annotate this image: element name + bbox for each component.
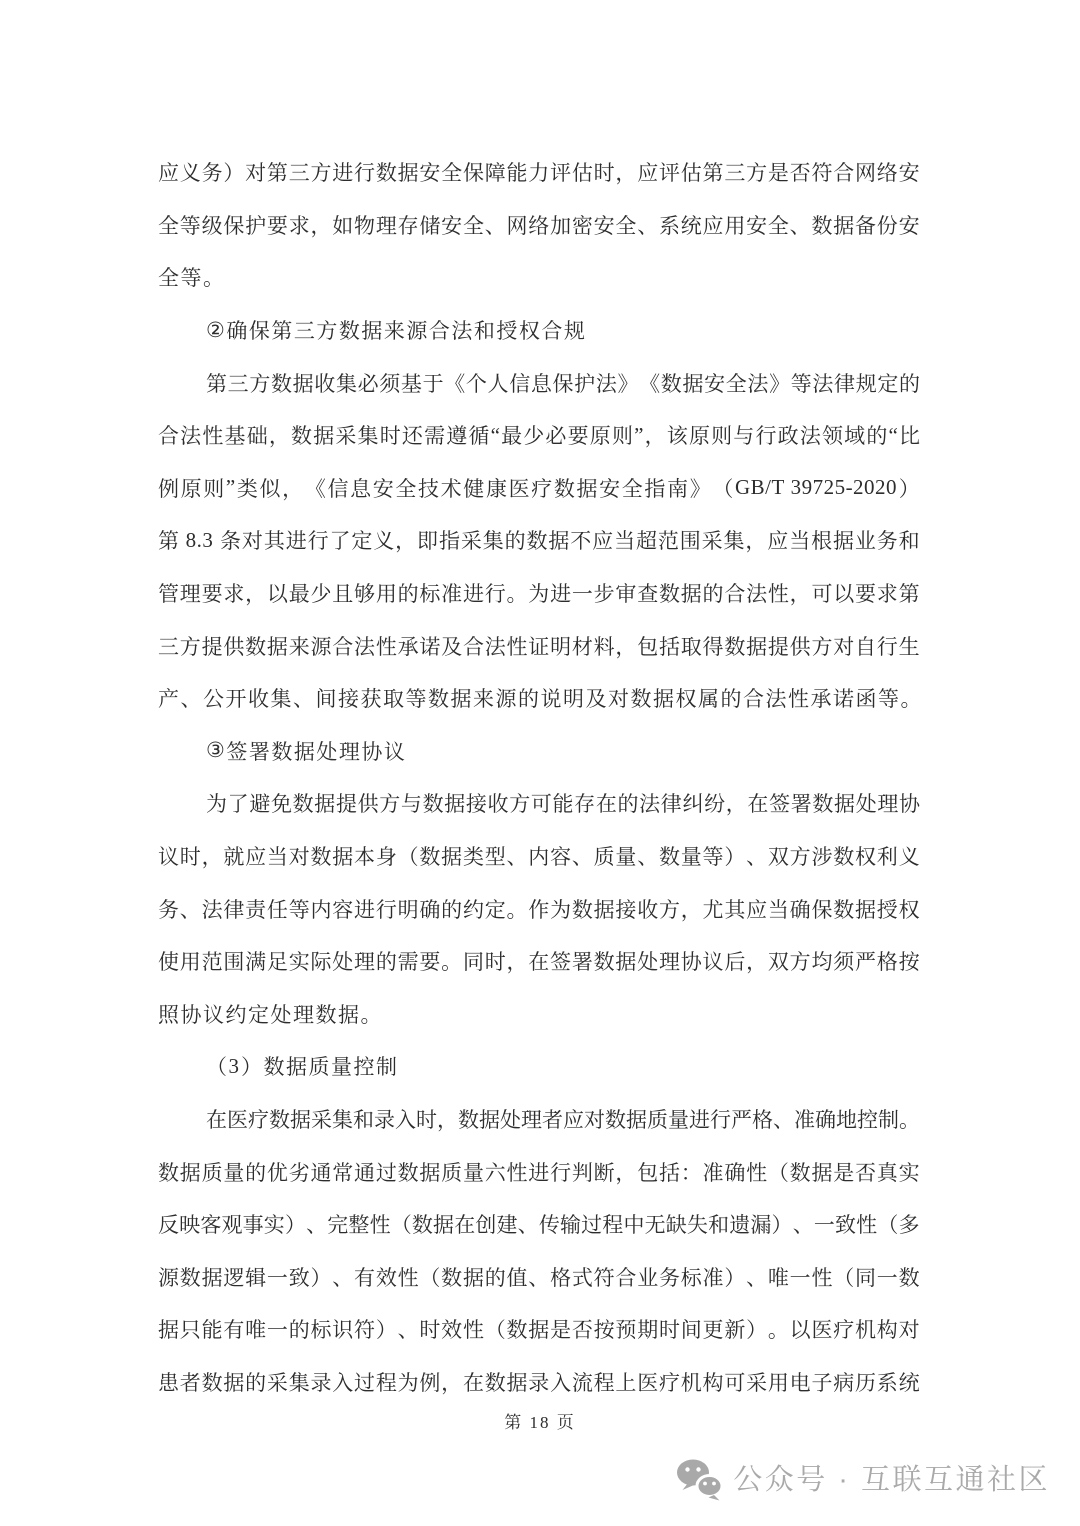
watermark: 公众号 · 互联互通社区	[676, 1458, 1050, 1502]
text-line: ②确保第三方数据来源合法和授权合规	[158, 304, 920, 357]
text-line: 患者数据的采集录入过程为例，在数据录入流程上医疗机构可采用电子病历系统	[158, 1356, 920, 1409]
text-line: 合法性基础，数据采集时还需遵循“最少必要原则”，该原则与行政法领域的“比	[158, 409, 920, 462]
text-line: 照协议约定处理数据。	[158, 988, 920, 1041]
text-line: 反映客观事实）、完整性（数据在创建、传输过程中无缺失和遗漏）、一致性（多	[158, 1198, 920, 1251]
text-line: 议时，就应当对数据本身（数据类型、内容、质量、数量等）、双方涉数权利义	[158, 830, 920, 883]
text-line: 在医疗数据采集和录入时，数据处理者应对数据质量进行严格、准确地控制。	[158, 1093, 920, 1146]
wechat-icon	[676, 1459, 722, 1501]
text-line: 产、公开收集、间接获取等数据来源的说明及对数据权属的合法性承诺函等。	[158, 672, 920, 725]
text-line: 数据质量的优劣通常通过数据质量六性进行判断，包括：准确性（数据是否真实	[158, 1145, 920, 1198]
text-line: 全等级保护要求，如物理存储安全、网络加密安全、系统应用安全、数据备份安	[158, 199, 920, 252]
text-line: 据只能有唯一的标识符）、时效性（数据是否按预期时间更新）。以医疗机构对	[158, 1303, 920, 1356]
watermark-label: 公众号 · 互联互通社区	[733, 1458, 1050, 1502]
text-line: 管理要求，以最少且够用的标准进行。为进一步审查数据的合法性，可以要求第	[158, 567, 920, 620]
text-line: 三方提供数据来源合法性承诺及合法性证明材料，包括取得数据提供方对自行生	[158, 619, 920, 672]
document-body: 应义务）对第三方进行数据安全保障能力评估时，应评估第三方是否符合网络安全等级保护…	[158, 146, 920, 1408]
text-line: 应义务）对第三方进行数据安全保障能力评估时，应评估第三方是否符合网络安	[158, 146, 920, 199]
text-line: 使用范围满足实际处理的需要。同时，在签署数据处理协议后，双方均须严格按	[158, 935, 920, 988]
text-line: 源数据逻辑一致）、有效性（数据的值、格式符合业务标准）、唯一性（同一数	[158, 1250, 920, 1303]
page-number: 第 18 页	[0, 1410, 1080, 1436]
text-line: 例原则”类似，《信息安全技术健康医疗数据安全指南》（GB/T 39725-202…	[158, 462, 920, 515]
text-line: 全等。	[158, 251, 920, 304]
document-page: 应义务）对第三方进行数据安全保障能力评估时，应评估第三方是否符合网络安全等级保护…	[0, 0, 1080, 1526]
text-line: 为了避免数据提供方与数据接收方可能存在的法律纠纷，在签署数据处理协	[158, 777, 920, 830]
text-line: ③签署数据处理协议	[158, 725, 920, 778]
text-line: （3）数据质量控制	[158, 1040, 920, 1093]
text-line: 务、法律责任等内容进行明确的约定。作为数据接收方，尤其应当确保数据授权	[158, 882, 920, 935]
text-line: 第 8.3 条对其进行了定义，即指采集的数据不应当超范围采集，应当根据业务和	[158, 514, 920, 567]
text-line: 第三方数据收集必须基于《个人信息保护法》《数据安全法》等法律规定的	[158, 356, 920, 409]
